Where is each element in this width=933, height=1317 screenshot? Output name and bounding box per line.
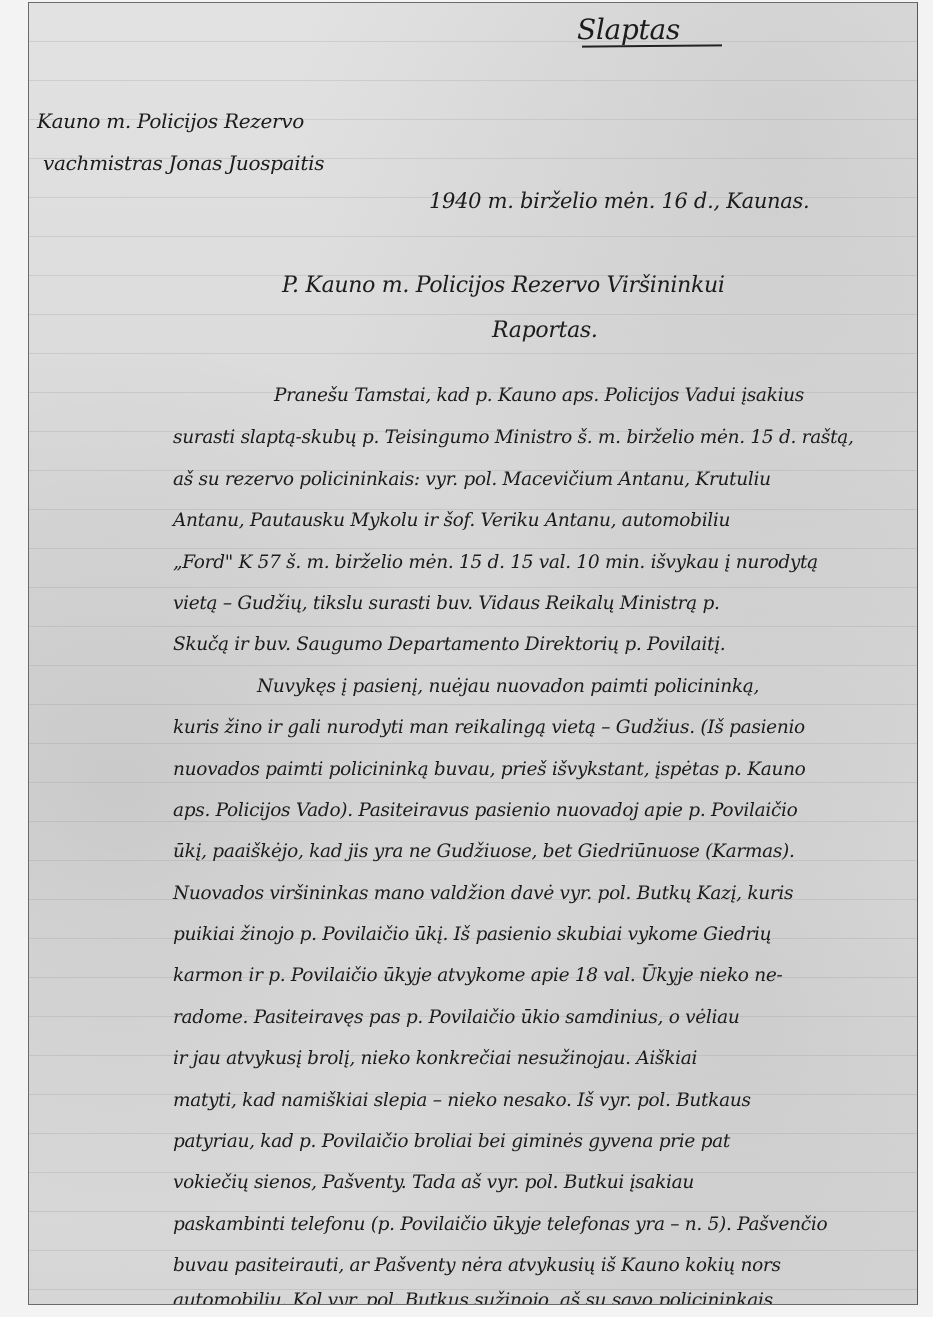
body-line: paskambinti telefonu (p. Povilaičio ūkyj… <box>173 1214 827 1235</box>
body-line: automobilių. Kol vyr. pol. Butkus sužino… <box>173 1290 773 1305</box>
body-line: nuovados paimti policininką buvau, prieš… <box>173 759 806 780</box>
document-sheet: Slaptas Kauno m. Policijos Rezervo vachm… <box>28 2 918 1305</box>
scan-background: Slaptas Kauno m. Policijos Rezervo vachm… <box>0 0 933 1317</box>
title-underline <box>582 44 722 47</box>
body-line: matyti, kad namiškiai slepia – nieko nes… <box>173 1090 751 1111</box>
sender-line-1: Kauno m. Policijos Rezervo <box>37 109 304 133</box>
body-line: Nuovados viršininkas mano valdžion davė … <box>173 883 793 904</box>
sender-line-2: vachmistras Jonas Juospaitis <box>43 151 324 175</box>
addressee: P. Kauno m. Policijos Rezervo Viršininku… <box>282 273 725 298</box>
document-title: Slaptas <box>577 13 680 46</box>
body-line: „Ford" K 57 š. m. birželio mėn. 15 d. 15… <box>173 552 818 573</box>
body-line: ir jau atvykusį brolį, nieko konkrečiai … <box>173 1048 697 1069</box>
body-line: Nuvykęs į pasienį, nuėjau nuovadon paimt… <box>257 676 759 697</box>
body-line: surasti slaptą-skubų p. Teisingumo Minis… <box>173 427 854 448</box>
body-line: karmon ir p. Povilaičio ūkyje atvykome a… <box>173 965 782 986</box>
body-line: buvau pasiteirauti, ar Pašventy nėra atv… <box>173 1255 781 1276</box>
body-line: puikiai žinojo p. Povilaičio ūkį. Iš pas… <box>173 924 771 945</box>
body-line: vokiečių sienos, Pašventy. Tada aš vyr. … <box>173 1172 694 1193</box>
body-line: Pranešu Tamstai, kad p. Kauno aps. Polic… <box>274 385 804 406</box>
body-line: aš su rezervo policininkais: vyr. pol. M… <box>173 469 771 490</box>
body-line: ūkį, paaiškėjo, kad jis yra ne Gudžiuose… <box>173 841 795 862</box>
body-line: Antanu, Pautausku Mykolu ir šof. Veriku … <box>173 510 730 531</box>
body-line: patyriau, kad p. Povilaičio broliai bei … <box>173 1131 730 1152</box>
date-place: 1940 m. birželio mėn. 16 d., Kaunas. <box>429 189 809 213</box>
body-line: kuris žino ir gali nurodyti man reikalin… <box>173 717 805 738</box>
body-line: aps. Policijos Vado). Pasiteiravus pasie… <box>173 800 797 821</box>
document-type: Raportas. <box>492 318 598 343</box>
body-line: vietą – Gudžių, tikslu surasti buv. Vida… <box>173 593 720 614</box>
body-line: Skučą ir buv. Saugumo Departamento Direk… <box>173 634 725 655</box>
body-line: radome. Pasiteiravęs pas p. Povilaičio ū… <box>173 1007 740 1028</box>
